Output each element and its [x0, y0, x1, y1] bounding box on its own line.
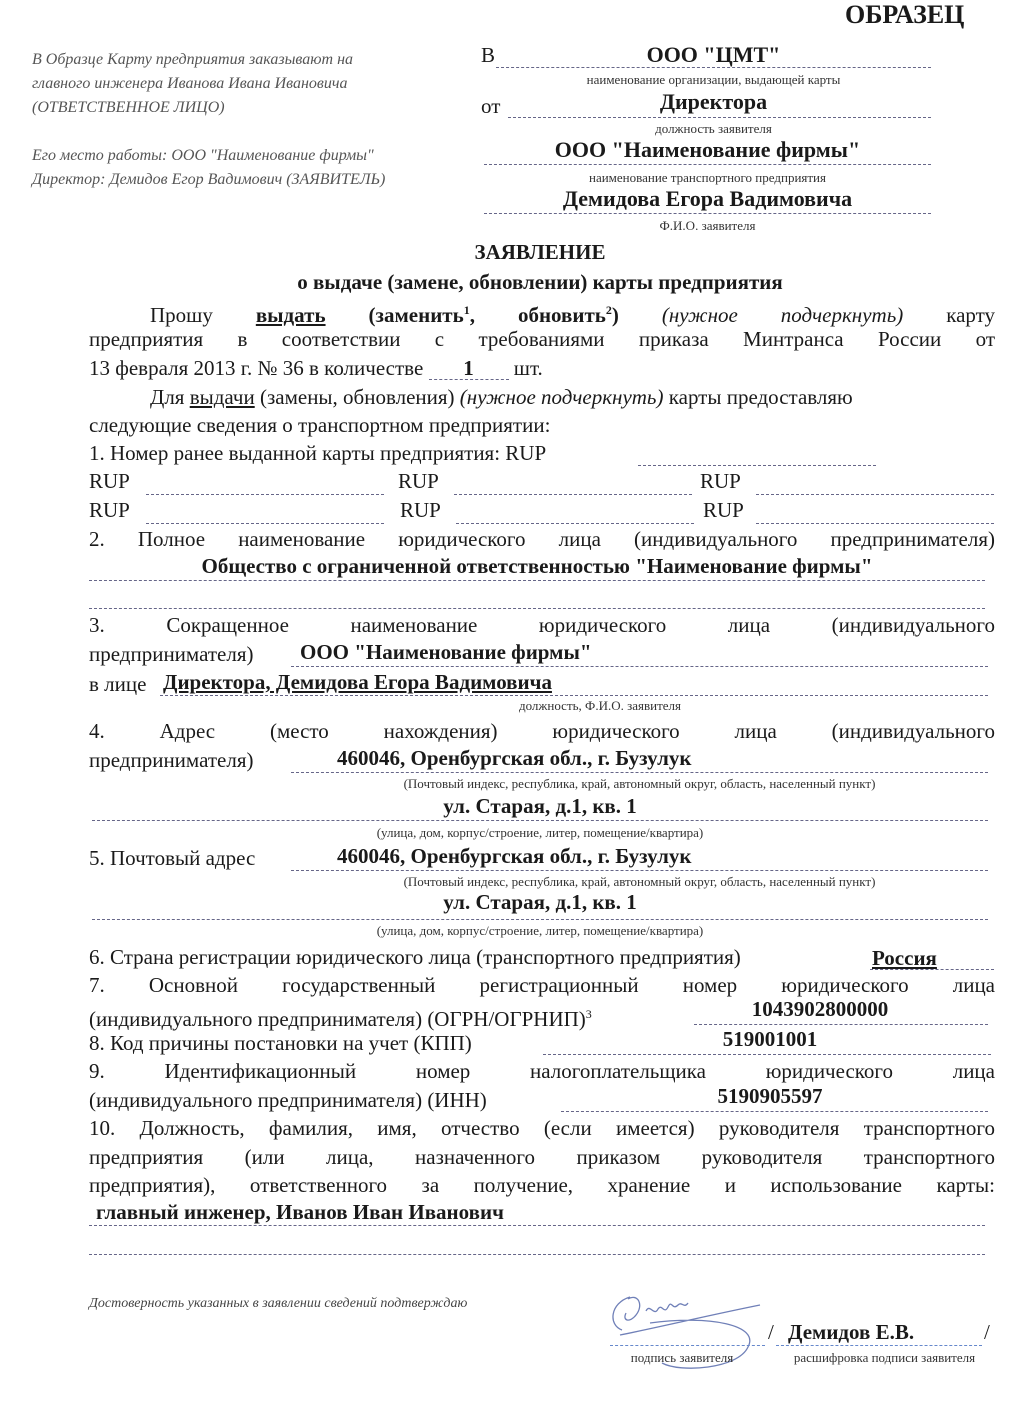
kpp-field[interactable]: 519001001 — [620, 1027, 920, 1052]
item-1-label: 1. Номер ранее выданной карты предприяти… — [89, 439, 546, 467]
item-10-label-2: предприятия (или лица, назначенного прик… — [89, 1143, 995, 1172]
item-8-label: 8. Код причины постановки на учет (КПП) — [89, 1029, 472, 1057]
intro-line-4: Для выдачи (замены, обновления) (нужное … — [150, 383, 853, 411]
postal-field-2[interactable]: ул. Старая, д.1, кв. 1 — [92, 890, 988, 915]
intro-text: карту — [946, 303, 995, 327]
signature-line[interactable] — [610, 1345, 765, 1346]
postal-caption-2: (улица, дом, корпус/строение, литер, пом… — [92, 923, 988, 939]
name-caption: расшифровка подписи заявителя — [772, 1350, 997, 1366]
company-caption: наименование транспортного предприятия — [484, 170, 931, 186]
side-note-line: В Образце Карту предприятия заказывают н… — [32, 48, 385, 72]
side-note-line: главного инженера Иванова Ивана Иванович… — [32, 72, 385, 96]
rup-label: RUP — [89, 467, 130, 495]
intro-line-3: 13 февраля 2013 г. № 36 в количестве 1 ш… — [89, 354, 543, 382]
option-issue[interactable]: выдать — [256, 303, 326, 327]
intro-line-2: предприятия в соответствии с требованиям… — [89, 325, 995, 354]
hint-text: (нужное подчеркнуть) — [662, 303, 903, 327]
item-2-label: 2. Полное наименование юридического лица… — [89, 525, 995, 554]
document-title: ЗАЯВЛЕНИЕ — [0, 240, 1034, 265]
person-caption: должность, Ф.И.О. заявителя — [480, 698, 720, 714]
side-note-line: (ОТВЕТСТВЕННОЕ ЛИЦО) — [32, 96, 385, 120]
from-line — [508, 117, 931, 118]
rup-field-2[interactable] — [454, 494, 692, 495]
item-10-label: 10. Должность, фамилия, имя, отчество (е… — [89, 1114, 995, 1143]
full-name-field[interactable]: Общество с ограниченной ответственностью… — [89, 554, 985, 579]
company-line — [484, 164, 931, 165]
intro-line-5: следующие сведения о транспортном предпр… — [89, 411, 550, 439]
country-field[interactable]: Россия — [872, 944, 937, 972]
applicant-fio-field[interactable]: Демидова Егора Вадимовича — [484, 186, 931, 212]
address-field-1[interactable]: 460046, Оренбургская обл., г. Бузулук — [337, 744, 691, 772]
intro-text: Прошу — [150, 303, 213, 327]
short-name-line — [291, 666, 988, 667]
address-line-2 — [92, 820, 988, 821]
item-6-label: 6. Страна регистрации юридического лица … — [89, 943, 741, 971]
side-note-line: Директор: Демидов Егор Вадимович (ЗАЯВИТ… — [32, 168, 385, 192]
fio-caption: Ф.И.О. заявителя — [484, 218, 931, 234]
short-name-field[interactable]: ООО "Наименование фирмы" — [300, 638, 592, 666]
item-4-label-2: предпринимателя) — [89, 746, 253, 774]
item-9-label-2: (индивидуального предпринимателя) (ИНН) — [89, 1086, 487, 1114]
rup-field-0[interactable] — [638, 465, 876, 466]
rup-label: RUP — [398, 467, 439, 495]
sample-stamp: ОБРАЗЕЦ — [845, 0, 964, 30]
to-organization-field[interactable]: ООО "ЦМТ" — [496, 42, 931, 68]
inn-line — [561, 1111, 988, 1112]
rup-field-4[interactable] — [146, 523, 384, 524]
rup-field-5[interactable] — [456, 523, 694, 524]
rup-field-1[interactable] — [146, 494, 384, 495]
address-line-1 — [291, 772, 988, 773]
item-4-label: 4. Адрес (место нахождения) юридического… — [89, 717, 995, 746]
side-note: В Образце Карту предприятия заказывают н… — [32, 48, 385, 192]
option-update[interactable]: обновить2) — [518, 303, 619, 327]
slash-separator: / — [768, 1318, 774, 1346]
item-3-label: 3. Сокращенное наименование юридического… — [89, 611, 995, 640]
address-field-2[interactable]: ул. Старая, д.1, кв. 1 — [92, 794, 988, 819]
confirm-text: Достоверность указанных в заявлении свед… — [89, 1296, 467, 1312]
option-issue-2[interactable]: выдачи — [190, 385, 255, 409]
ogrn-line — [694, 1024, 988, 1025]
full-name-line — [89, 580, 985, 581]
item-5-label: 5. Почтовый адрес — [89, 844, 255, 872]
item-10-label-3: предприятия), ответственного за получени… — [89, 1171, 995, 1200]
from-caption: должность заявителя — [496, 121, 931, 137]
ogrn-field[interactable]: 1043902800000 — [700, 997, 940, 1022]
address-caption-2: (улица, дом, корпус/строение, литер, пом… — [92, 825, 988, 841]
person-prefix: в лице — [89, 670, 146, 698]
item-3-label-2: предпринимателя) — [89, 640, 253, 668]
rup-label: RUP — [700, 467, 741, 495]
signature-icon — [600, 1285, 785, 1385]
rup-field-3[interactable] — [756, 494, 994, 495]
document-subtitle: о выдаче (замене, обновлении) карты пред… — [0, 270, 1034, 295]
responsible-line-2[interactable] — [89, 1254, 985, 1255]
fio-line — [484, 213, 931, 214]
side-note-line: Его место работы: ООО "Наименование фирм… — [32, 144, 385, 168]
company-field[interactable]: ООО "Наименование фирмы" — [484, 137, 931, 163]
address-caption-1: (Почтовый индекс, республика, край, авто… — [291, 776, 988, 792]
from-position-field[interactable]: Директора — [496, 89, 931, 115]
item-9-label: 9. Идентификационный номер налогоплатель… — [89, 1057, 995, 1086]
to-prefix: В — [481, 41, 495, 69]
full-name-line-2[interactable] — [89, 608, 985, 609]
rup-label: RUP — [89, 496, 130, 524]
rup-field-6[interactable] — [756, 523, 994, 524]
postal-caption-1: (Почтовый индекс, республика, край, авто… — [291, 874, 988, 890]
person-field[interactable]: Директора, Демидова Егора Вадимовича — [163, 668, 552, 696]
to-caption: наименование организации, выдающей карты — [496, 72, 931, 88]
slash-separator: / — [984, 1318, 990, 1346]
rup-label: RUP — [400, 496, 441, 524]
postal-line-2 — [92, 919, 988, 920]
inn-field[interactable]: 5190905597 — [620, 1084, 920, 1109]
signature-caption: подпись заявителя — [612, 1350, 752, 1366]
kpp-line — [543, 1054, 991, 1055]
postal-line-1 — [291, 870, 988, 871]
signature-name-field[interactable]: Демидов Е.В. — [788, 1318, 914, 1346]
quantity-field[interactable]: 1 — [429, 357, 509, 380]
postal-field-1[interactable]: 460046, Оренбургская обл., г. Бузулук — [337, 842, 691, 870]
rup-label: RUP — [703, 496, 744, 524]
responsible-person-field[interactable]: главный инженер, Иванов Иван Иванович — [96, 1198, 504, 1226]
option-replace[interactable]: (заменить1, — [369, 303, 475, 327]
item-7-label: 7. Основной государственный регистрацион… — [89, 971, 995, 1000]
